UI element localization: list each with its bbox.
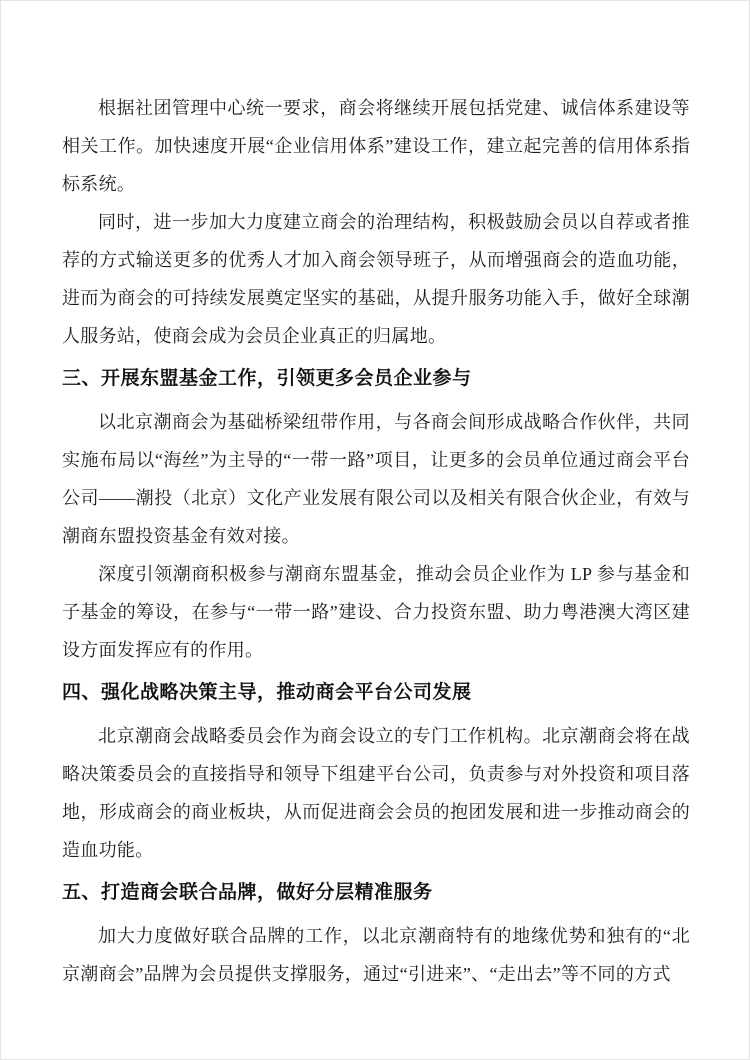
section-heading: 三、开展东盟基金工作，引领更多会员企业参与 (62, 360, 690, 398)
paragraph: 以北京潮商会为基础桥梁纽带作用，与各商会间形成战略合作伙伴，共同实施布局以“海丝… (62, 403, 690, 555)
paragraph: 北京潮商会战略委员会作为商会设立的专门工作机构。北京潮商会将在战略决策委员会的直… (62, 717, 690, 869)
paragraph: 加大力度做好联合品牌的工作，以北京潮商特有的地缘优势和独有的“北京潮商会”品牌为… (62, 917, 690, 993)
document-body: 根据社团管理中心统一要求，商会将继续开展包括党建、诚信体系建设等相关工作。加快速… (62, 89, 690, 993)
section-heading: 四、强化战略决策主导，推动商会平台公司发展 (62, 674, 690, 712)
document-page: 根据社团管理中心统一要求，商会将继续开展包括党建、诚信体系建设等相关工作。加快速… (0, 0, 750, 1060)
paragraph: 同时，进一步加大力度建立商会的治理结构，积极鼓励会员以自荐或者推荐的方式输送更多… (62, 203, 690, 355)
paragraph: 根据社团管理中心统一要求，商会将继续开展包括党建、诚信体系建设等相关工作。加快速… (62, 89, 690, 203)
section-heading: 五、打造商会联合品牌，做好分层精准服务 (62, 874, 690, 912)
paragraph: 深度引领潮商积极参与潮商东盟基金，推动会员企业作为 LP 参与基金和子基金的筹设… (62, 555, 690, 669)
